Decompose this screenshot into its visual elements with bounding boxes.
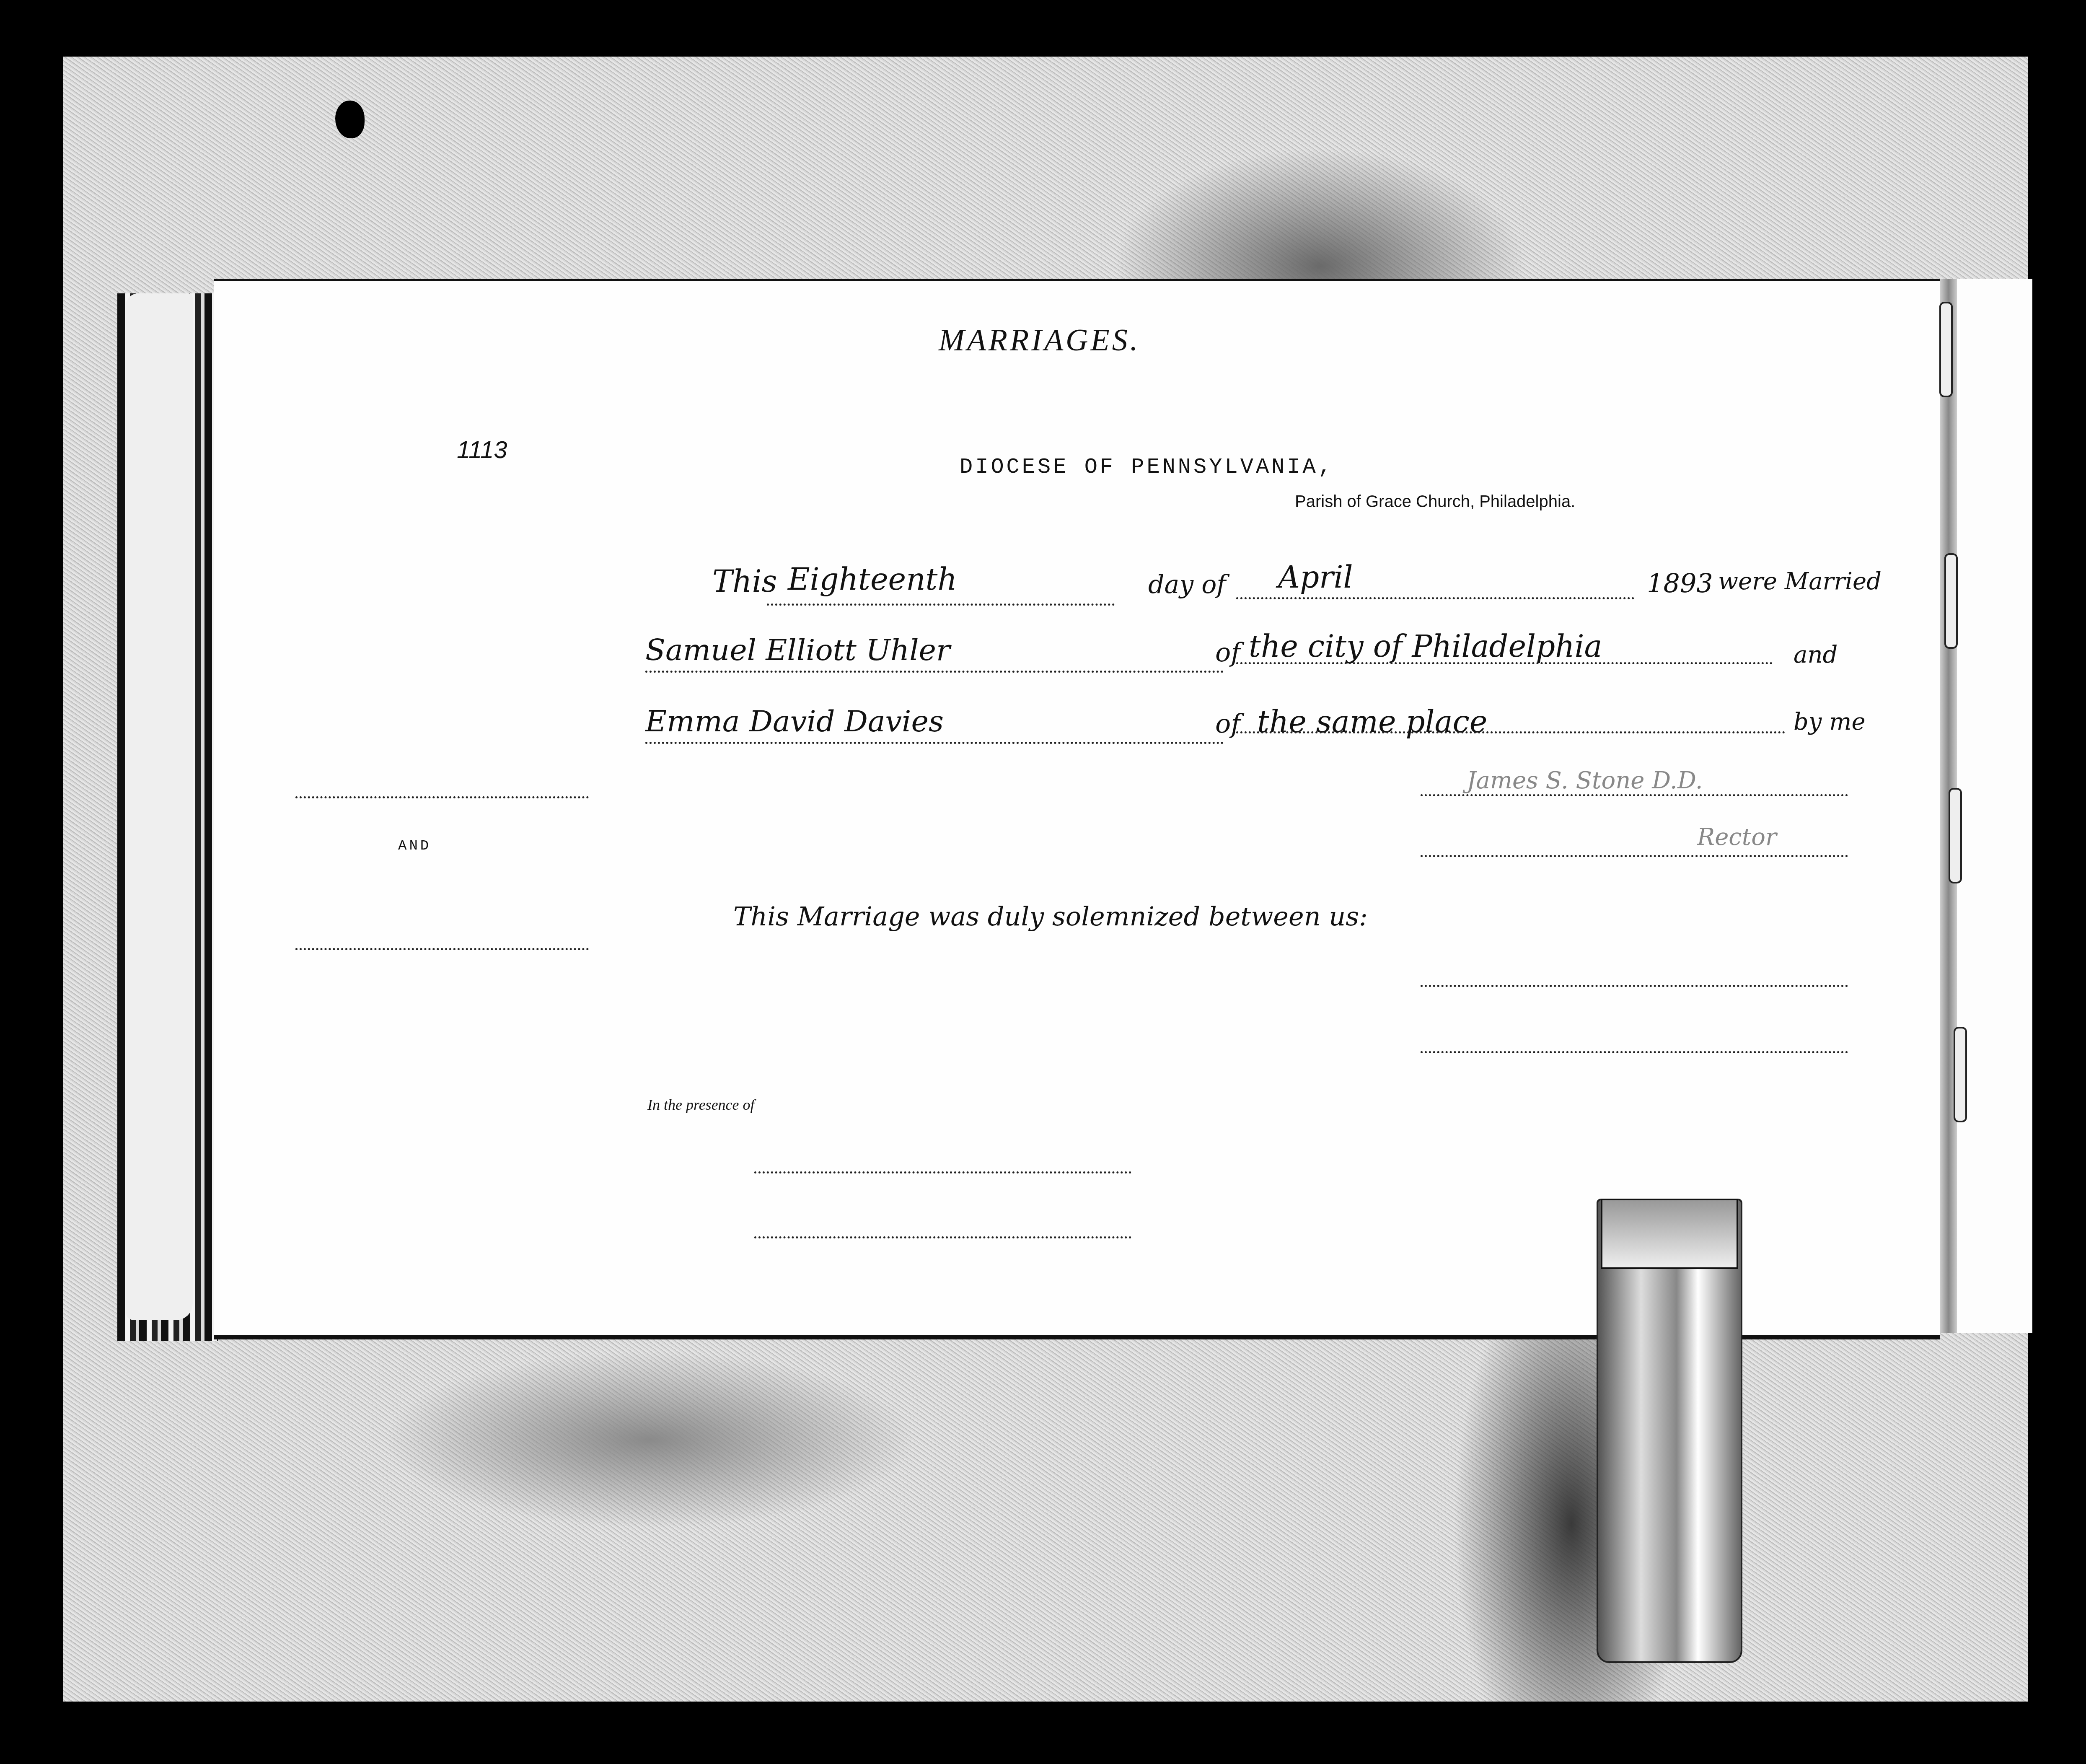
marriage-year: 1893 xyxy=(1647,568,1713,598)
register-heading: MARRIAGES. xyxy=(939,323,1140,358)
marriage-month: April xyxy=(1278,560,1353,595)
bride-name: Emma David Davies xyxy=(645,704,944,738)
margin-name-line-2 xyxy=(295,948,589,950)
binding-stitch xyxy=(1949,788,1962,883)
by-me-label: by me xyxy=(1794,708,1866,736)
parish-name: Parish of Grace Church, Philadelphia. xyxy=(1295,492,1575,511)
party-signature-line-1 xyxy=(1421,985,1848,987)
bride-field-line xyxy=(645,742,1224,744)
groom-name: Samuel Elliott Uhler xyxy=(645,633,950,667)
margin-name-line-1 xyxy=(295,796,589,798)
line1-prefix: This xyxy=(712,564,777,599)
binding-stitch xyxy=(1939,302,1953,397)
scan-border xyxy=(2032,260,2086,1350)
day-field-line xyxy=(767,604,1115,606)
month-field-line xyxy=(1236,597,1634,599)
witnesses-label: In the presence of xyxy=(647,1096,755,1114)
ink-blot xyxy=(335,101,365,138)
diocese-title: DIOCESE OF PENNSYLVANIA, xyxy=(960,455,1334,479)
were-married-label: were Married xyxy=(1718,568,1882,595)
officiant-line xyxy=(1421,794,1848,796)
binding-stitch xyxy=(1954,1027,1967,1122)
groom-residence-line xyxy=(1236,662,1773,664)
solemnized-statement: This Marriage was duly solemnized betwee… xyxy=(733,901,1368,932)
officiant-title-line xyxy=(1421,855,1848,857)
groom-residence: the city of Philadelphia xyxy=(1249,629,1602,664)
facing-page-edge xyxy=(1957,279,2032,1333)
party-signature-line-2 xyxy=(1421,1051,1848,1053)
bride-residence: the same place xyxy=(1257,704,1487,739)
entry-number: 1113 xyxy=(457,436,507,464)
witness-line-1 xyxy=(754,1171,1131,1173)
groom-field-line xyxy=(645,671,1224,673)
margin-and-label: AND xyxy=(398,838,431,854)
binding-stitch xyxy=(1944,553,1958,649)
day-of-label: day of xyxy=(1148,570,1226,599)
bride-of-label: of xyxy=(1215,708,1240,739)
witness-line-2 xyxy=(754,1236,1131,1238)
bride-residence-line xyxy=(1236,731,1785,733)
torn-previous-page xyxy=(126,293,193,1320)
and-connector: and xyxy=(1794,641,1838,668)
officiant-signature: James S. Stone D.D. xyxy=(1467,767,1703,794)
officiant-title: Rector xyxy=(1697,824,1777,851)
binder-clip-top xyxy=(1601,1199,1738,1269)
marriage-day: Eighteenth xyxy=(788,562,957,597)
